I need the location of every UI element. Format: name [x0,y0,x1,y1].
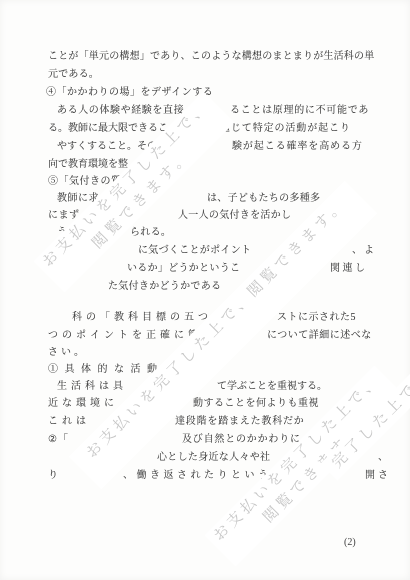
text-fragment: 、よ [352,244,376,257]
payment-watermark: お支払いを完了した上で、閲覧できます。 [205,366,406,567]
text-fragment: これは [48,415,90,428]
text-fragment: 通じて特定の活動が起こり [220,122,351,135]
text-fragment: ストに示された5 [277,311,356,324]
text-fragment: り [48,469,58,482]
text-fragment: ②「 [48,433,69,446]
text-fragment: いるか」どうかというこ [127,262,240,275]
text-fragment: 人一人の気付きを活かし [178,209,291,222]
text-fragment: ある人の体験や経験を直接 [57,104,184,117]
document-page: ことが「単元の構想」であり、このような構想のまとまりが生活科の単元である。④「か… [0,0,410,580]
text-fragment: ことが「単元の構想」であり、このような構想のまとまりが生活科の単 [48,50,374,63]
text-fragment: に気づくことがポイント [138,244,251,257]
text-fragment: 近な環境に [48,397,118,410]
text-fragment: 動することを何よりも重視 [193,397,319,410]
text-fragment: 科の「教科目標の五つ [72,311,212,324]
text-fragment: られる。 [130,226,171,239]
text-fragment: 関連し [330,262,368,275]
text-fragment: は、子どもたちの多種多 [207,192,320,205]
text-fragment: ることは原理的に不可能であ [230,104,369,117]
text-fragment: 及び自然とのかかわりに [182,433,301,446]
text-fragment: 心とした身近な人々や社 [157,451,270,464]
text-fragment: 、働き返されたりという [123,469,272,482]
text-fragment: る。教師に最大限できるこ [48,122,168,135]
text-fragment: た気付きかどうかである [108,280,221,293]
text-fragment: 元である。 [48,68,99,81]
text-fragment: について詳細に述べな [267,329,372,342]
text-fragment: 験が起こる確率を高める方 [232,140,363,153]
text-fragment: 達段階を踏まえた教科だか [175,415,305,428]
text-fragment: て学ぶことを重視する。 [217,380,327,393]
text-fragment: さい。 [48,346,87,359]
text-fragment: ④「かかわりの場」をデザインする [46,86,213,99]
text-fragment: 生活科は具 [57,380,127,393]
page-number: (2) [344,537,356,548]
text-fragment: 向で教育環境を整 [48,158,128,171]
text-fragment: 開さ [365,469,391,482]
text-fragment: 、 [378,451,388,464]
